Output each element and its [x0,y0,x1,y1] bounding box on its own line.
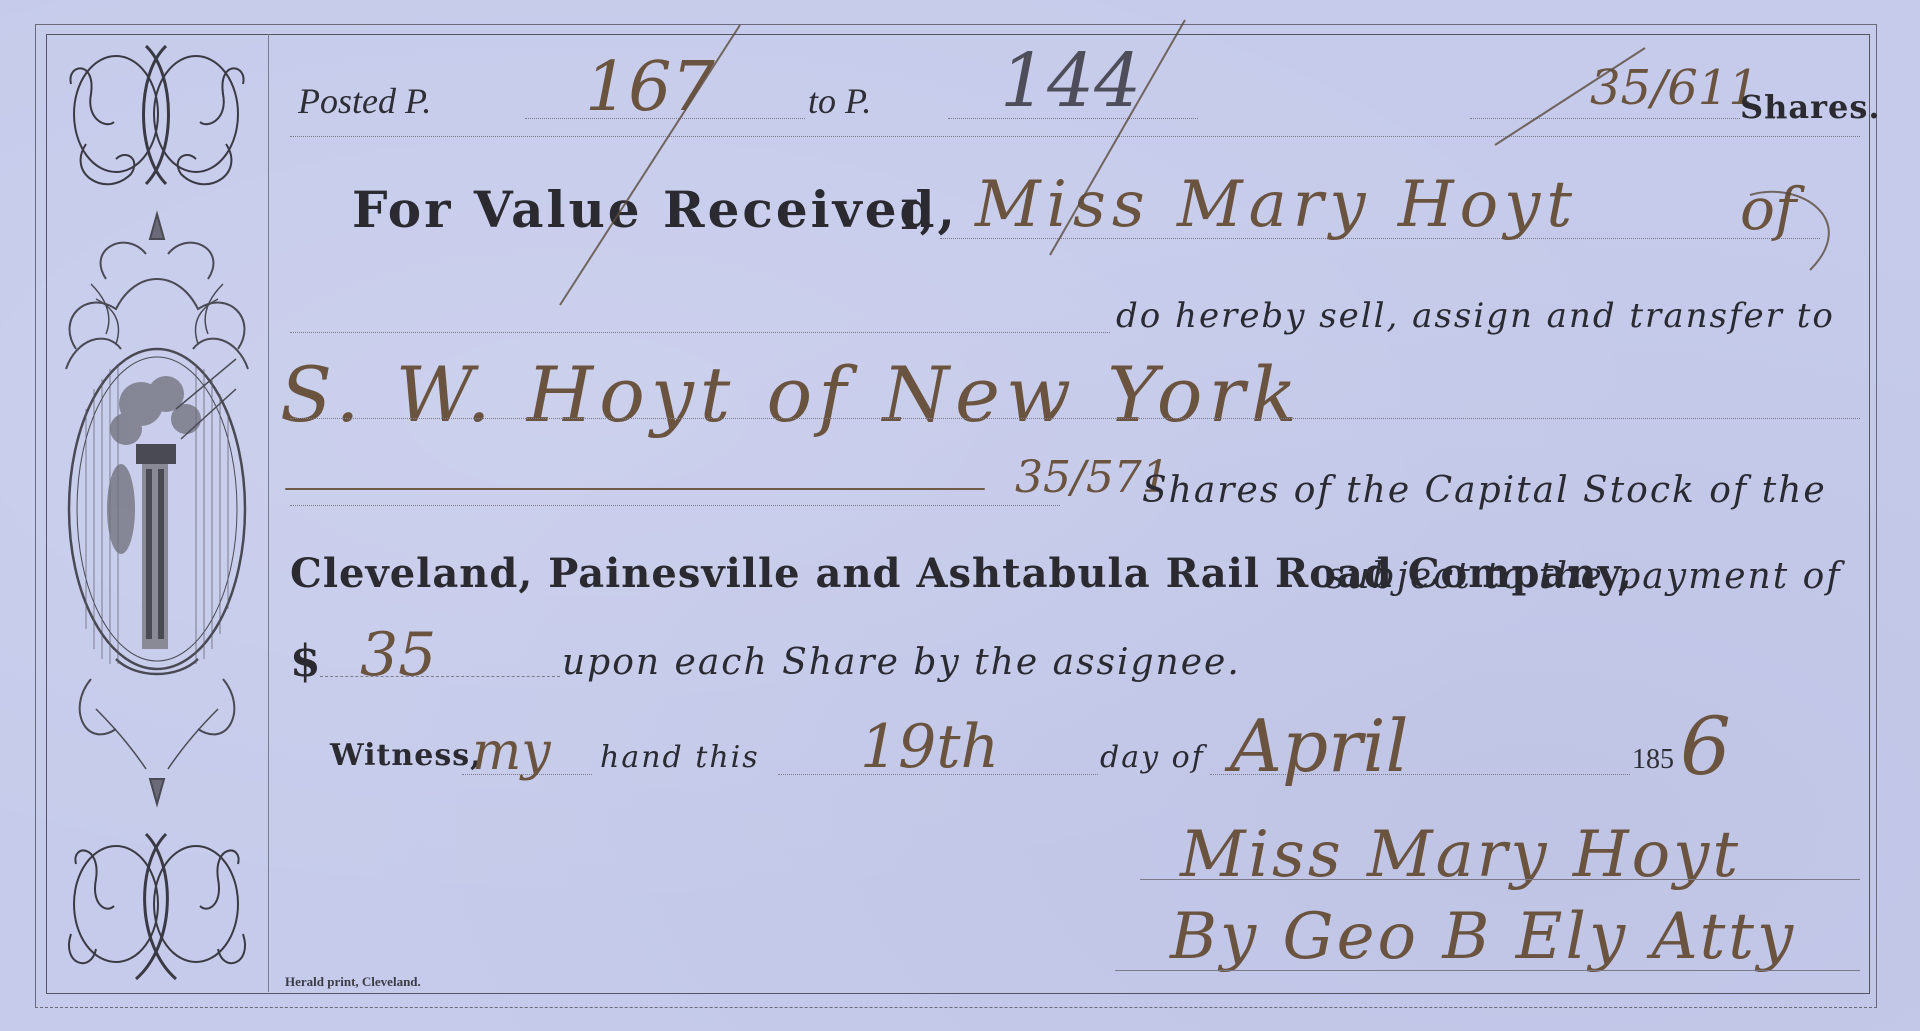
cancel-stroke-icon [0,0,1920,1031]
stock-transfer-document: Posted P. 167 to P. 144 35/611 Shares. F… [0,0,1920,1031]
